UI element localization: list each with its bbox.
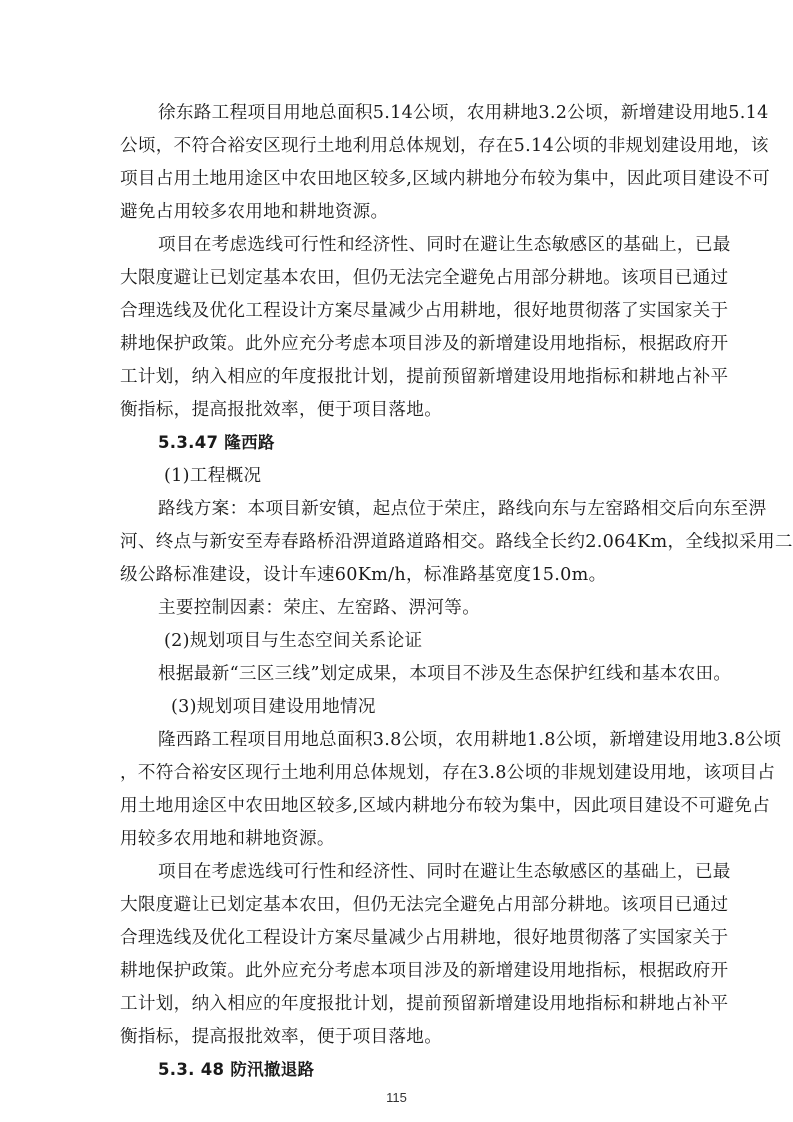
paragraph-line: 隆西路工程项目用地总面积3.8公顷，农用耕地1.8公顷，新增建设用地3.8公顷: [158, 729, 698, 751]
paragraph-line: 根据最新“三区三线”划定成果，本项目不涉及生态保护红线和基本农田。: [158, 663, 698, 685]
section-heading: 5.3.47 隆西路: [158, 432, 698, 454]
paragraph-line: 工计划，纳入相应的年度报批计划，提前预留新增建设用地指标和耕地占补平: [120, 366, 700, 388]
subsection-heading: (2)规划项目与生态空间关系论证: [164, 630, 744, 652]
paragraph-line: 主要控制因素：荣庄、左窑路、淠河等。: [158, 597, 698, 619]
paragraph-line: 合理选线及优化工程设计方案尽量减少占用耕地，很好地贯彻落了实国家关于: [120, 927, 700, 949]
paragraph-line: 大限度避让已划定基本农田，但仍无法完全避免占用部分耕地。该项目已通过: [120, 894, 700, 916]
subsection-heading: (1)工程概况: [164, 465, 744, 487]
paragraph-line: 用土地用途区中农田地区较多,区域内耕地分布较为集中，因此项目建设不可避免占: [120, 795, 700, 817]
paragraph-line: 徐东路工程项目用地总面积5.14公顷，农用耕地3.2公顷，新增建设用地5.14: [158, 102, 698, 124]
paragraph-line: 耕地保护政策。此外应充分考虑本项目涉及的新增建设用地指标，根据政府开: [120, 333, 700, 355]
paragraph-line: 级公路标准建设，设计车速60Km/h，标准路基宽度15.0m。: [120, 564, 700, 586]
paragraph-line: 大限度避让已划定基本农田，但仍无法完全避免占用部分耕地。该项目已通过: [120, 267, 700, 289]
paragraph-line: 项目在考虑选线可行性和经济性、同时在避让生态敏感区的基础上，已最: [158, 861, 698, 883]
paragraph-line: 耕地保护政策。此外应充分考虑本项目涉及的新增建设用地指标，根据政府开: [120, 960, 700, 982]
paragraph-line: 用较多农用地和耕地资源。: [120, 828, 700, 850]
document-page: 徐东路工程项目用地总面积5.14公顷，农用耕地3.2公顷，新增建设用地5.14 …: [0, 0, 793, 1122]
paragraph-line: 工计划，纳入相应的年度报批计划，提前预留新增建设用地指标和耕地占补平: [120, 993, 700, 1015]
paragraph-line: 路线方案：本项目新安镇，起点位于荣庄，路线向东与左窑路相交后向东至淠: [158, 498, 698, 520]
paragraph-line: 项目在考虑选线可行性和经济性、同时在避让生态敏感区的基础上，已最: [158, 234, 698, 256]
paragraph-line: 河、终点与新安至寿春路桥沿淠道路道路相交。路线全长约2.064Km，全线拟采用二: [120, 531, 700, 553]
paragraph-line: ，不符合裕安区现行土地利用总体规划，存在3.8公顷的非规划建设用地，该项目占: [120, 762, 700, 784]
paragraph-line: 项目占用土地用途区中农田地区较多,区域内耕地分布较为集中，因此项目建设不可: [120, 168, 700, 190]
paragraph-line: 公顷，不符合裕安区现行土地利用总体规划，存在5.14公顷的非规划建设用地，该: [120, 135, 700, 157]
paragraph-line: 衡指标，提高报批效率，便于项目落地。: [120, 399, 700, 421]
subsection-heading: (3)规划项目建设用地情况: [171, 696, 751, 718]
paragraph-line: 衡指标，提高报批效率，便于项目落地。: [120, 1026, 700, 1048]
paragraph-line: 避免占用较多农用地和耕地资源。: [120, 201, 700, 223]
paragraph-line: 合理选线及优化工程设计方案尽量减少占用耕地，很好地贯彻落了实国家关于: [120, 300, 700, 322]
section-heading: 5.3. 48 防汛撤退路: [158, 1059, 698, 1081]
page-number: 115: [0, 1090, 793, 1105]
